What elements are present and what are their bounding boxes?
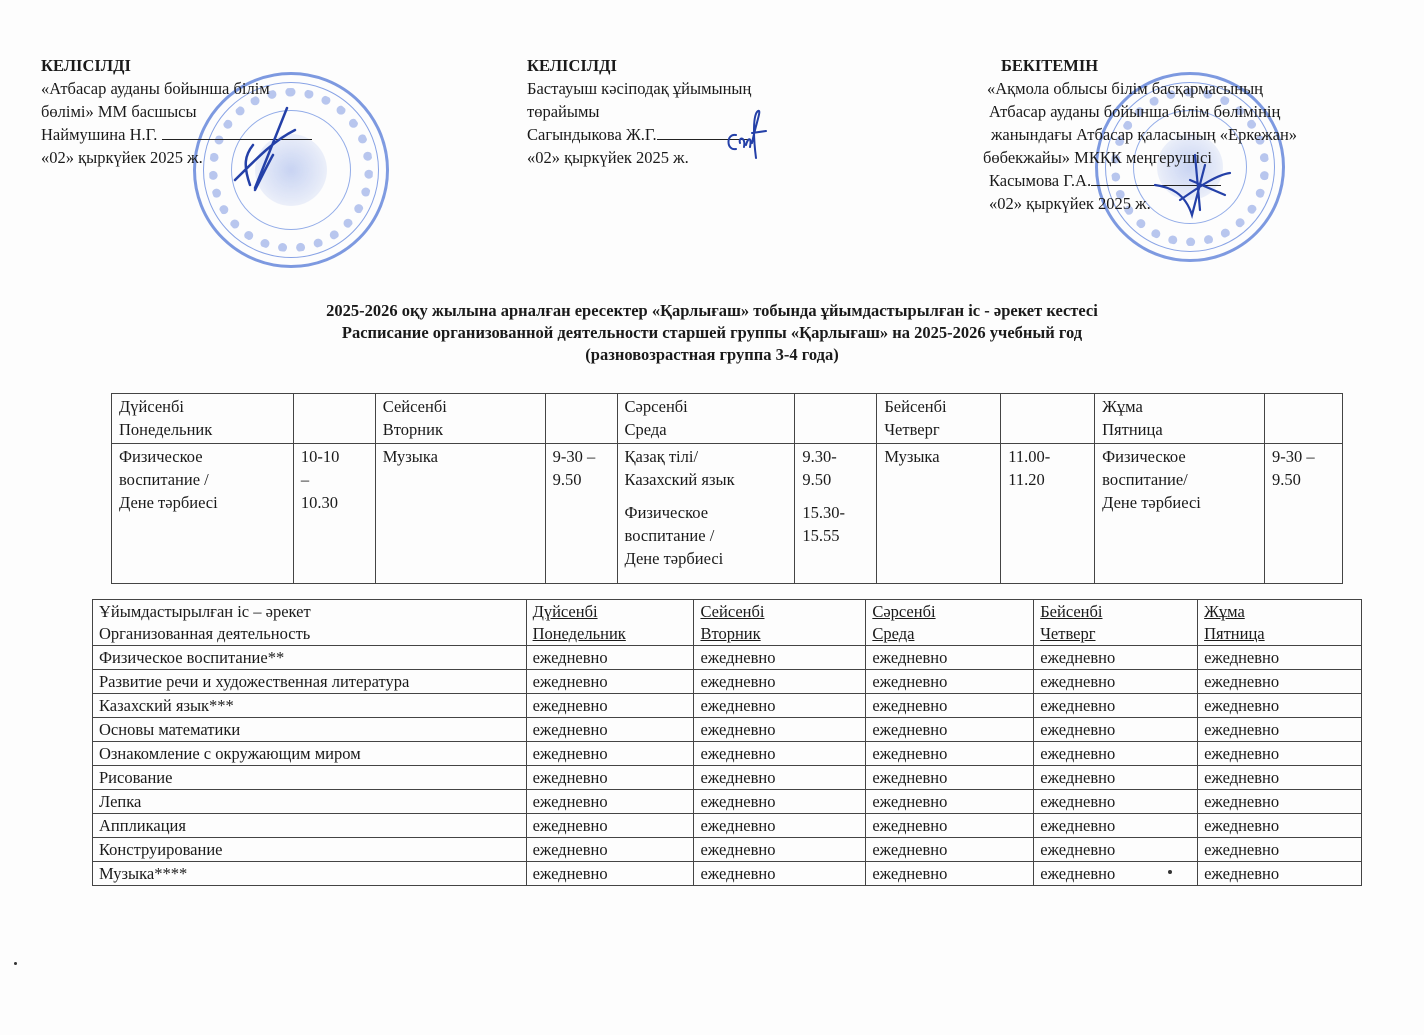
activity-name: Ознакомление с окружающим миром: [93, 742, 527, 766]
activity-cell: Қазақ тілі/Казахский язык Физическоевосп…: [617, 444, 795, 584]
frequency-cell: ежедневно: [694, 766, 866, 790]
signer-line: Сагындыкова Ж.Г.: [527, 123, 751, 146]
time-header: [545, 394, 617, 444]
table-row: Развитие речи и художественная литератур…: [93, 670, 1362, 694]
frequency-cell: ежедневно: [1198, 694, 1362, 718]
weekly-schedule-table: ДүйсенбіПонедельник СейсенбіВторник Сәрс…: [111, 393, 1343, 584]
table-row: Основы математикиежедневноежедневноежедн…: [93, 718, 1362, 742]
day-header: ЖұмаПятница: [1095, 394, 1265, 444]
frequency-cell: ежедневно: [1034, 814, 1198, 838]
activity-frequency-table: Ұйымдастырылған іс – әрекетОрганизованна…: [92, 599, 1362, 886]
activity-cell: Музыка: [877, 444, 1001, 584]
day-column-header: БейсенбіЧетверг: [1034, 600, 1198, 646]
activity-cell: Физическоевоспитание /Дене тәрбиесі: [112, 444, 294, 584]
approval-line: төрайымы: [527, 100, 751, 123]
activity-name: Аппликация: [93, 814, 527, 838]
frequency-cell: ежедневно: [526, 742, 694, 766]
activity-name: Музыка****: [93, 862, 527, 886]
approval-date: «02» қыркүйек 2025 ж.: [527, 146, 751, 169]
approval-heading: БЕКІТЕМІН: [983, 54, 1297, 77]
day-header: СейсенбіВторник: [375, 394, 545, 444]
frequency-cell: ежедневно: [866, 766, 1034, 790]
frequency-cell: ежедневно: [866, 670, 1034, 694]
frequency-cell: ежедневно: [526, 814, 694, 838]
time-header: [293, 394, 375, 444]
frequency-cell: ежедневно: [866, 694, 1034, 718]
frequency-cell: ежедневно: [1198, 862, 1362, 886]
frequency-cell: ежедневно: [1034, 646, 1198, 670]
activity-name: Основы математики: [93, 718, 527, 742]
frequency-cell: ежедневно: [526, 646, 694, 670]
frequency-cell: ежедневно: [866, 862, 1034, 886]
frequency-cell: ежедневно: [526, 838, 694, 862]
frequency-cell: ежедневно: [1034, 694, 1198, 718]
frequency-header-row: Ұйымдастырылған іс – әрекетОрганизованна…: [93, 600, 1362, 646]
frequency-cell: ежедневно: [866, 718, 1034, 742]
scan-speck: [14, 962, 17, 965]
frequency-cell: ежедневно: [1198, 718, 1362, 742]
frequency-cell: ежедневно: [1198, 670, 1362, 694]
day-column-header: ЖұмаПятница: [1198, 600, 1362, 646]
frequency-cell: ежедневно: [866, 790, 1034, 814]
approval-line: «Атбасар ауданы бойынша білім: [41, 77, 312, 100]
scan-speck: [1168, 870, 1172, 874]
frequency-cell: ежедневно: [694, 790, 866, 814]
title-russian: Расписание организованной деятельности с…: [0, 322, 1424, 344]
signer-line: Касымова Г.А.: [983, 169, 1297, 192]
table-row: Рисованиеежедневноежедневноежедневноежед…: [93, 766, 1362, 790]
frequency-cell: ежедневно: [866, 814, 1034, 838]
signature-sagyndykova-icon: [722, 103, 772, 163]
activity-name: Рисование: [93, 766, 527, 790]
frequency-cell: ежедневно: [526, 790, 694, 814]
signer-name: Касымова Г.А.: [989, 171, 1091, 190]
activity-name: Развитие речи и художественная литератур…: [93, 670, 527, 694]
signature-naimushina-icon: [225, 100, 315, 200]
day-column-header: СәрсенбіСреда: [866, 600, 1034, 646]
frequency-cell: ежедневно: [526, 694, 694, 718]
frequency-cell: ежедневно: [1034, 670, 1198, 694]
frequency-cell: ежедневно: [694, 742, 866, 766]
frequency-cell: ежедневно: [1034, 790, 1198, 814]
time-cell: 9-30 –9.50: [545, 444, 617, 584]
frequency-cell: ежедневно: [1034, 742, 1198, 766]
time-cell: 11.00-11.20: [1001, 444, 1095, 584]
approval-line: «Ақмола облысы білім басқармасының: [983, 77, 1297, 100]
approval-block-middle: КЕЛІСІЛДІ Бастауыш кәсіподақ ұйымының тө…: [527, 54, 751, 169]
frequency-cell: ежедневно: [526, 718, 694, 742]
frequency-cell: ежедневно: [694, 718, 866, 742]
activity-cell: Музыка: [375, 444, 545, 584]
day-header: ДүйсенбіПонедельник: [112, 394, 294, 444]
approval-heading: КЕЛІСІЛДІ: [41, 54, 312, 77]
table-row: Казахский язык***ежедневноежедневноежедн…: [93, 694, 1362, 718]
signature-kasymova-icon: [1150, 145, 1235, 225]
time-header: [1001, 394, 1095, 444]
time-header: [1265, 394, 1343, 444]
table-row: Лепкаежедневноежедневноежедневноежедневн…: [93, 790, 1362, 814]
activity-cell: Физическоевоспитание/Дене тәрбиесі: [1095, 444, 1265, 584]
frequency-cell: ежедневно: [694, 694, 866, 718]
approval-line: бөбекжайы» МКҚК меңгерушісі: [983, 146, 1297, 169]
approval-heading: КЕЛІСІЛДІ: [527, 54, 751, 77]
day-column-header: СейсенбіВторник: [694, 600, 866, 646]
approval-block-right: БЕКІТЕМІН «Ақмола облысы білім басқармас…: [983, 54, 1297, 215]
frequency-cell: ежедневно: [1198, 814, 1362, 838]
approval-date: «02» қыркүйек 2025 ж.: [983, 192, 1297, 215]
frequency-cell: ежедневно: [526, 766, 694, 790]
frequency-cell: ежедневно: [1198, 742, 1362, 766]
time-cell: 10-10–10.30: [293, 444, 375, 584]
signer-name: Сагындыкова Ж.Г.: [527, 125, 657, 144]
time-cell: 9-30 –9.50: [1265, 444, 1343, 584]
frequency-cell: ежедневно: [1034, 862, 1198, 886]
activity-name: Лепка: [93, 790, 527, 814]
activity-name: Конструирование: [93, 838, 527, 862]
table-row: Аппликацияежедневноежедневноежедневноеже…: [93, 814, 1362, 838]
activity-column-header: Ұйымдастырылған іс – әрекетОрганизованна…: [93, 600, 527, 646]
frequency-cell: ежедневно: [866, 838, 1034, 862]
day-header: БейсенбіЧетверг: [877, 394, 1001, 444]
frequency-cell: ежедневно: [1034, 718, 1198, 742]
frequency-cell: ежедневно: [866, 646, 1034, 670]
frequency-cell: ежедневно: [694, 814, 866, 838]
document-title: 2025-2026 оқу жылына арналған ересектер …: [0, 300, 1424, 366]
table-row: Конструированиеежедневноежедневноежеднев…: [93, 838, 1362, 862]
approval-line: Атбасар ауданы бойынша білім бөлімінің: [983, 100, 1297, 123]
table-row: Физическое воспитание**ежедневноежедневн…: [93, 646, 1362, 670]
title-kazakh: 2025-2026 оқу жылына арналған ересектер …: [0, 300, 1424, 322]
frequency-cell: ежедневно: [694, 646, 866, 670]
frequency-cell: ежедневно: [694, 838, 866, 862]
frequency-cell: ежедневно: [694, 862, 866, 886]
frequency-cell: ежедневно: [1034, 838, 1198, 862]
frequency-cell: ежедневно: [1198, 838, 1362, 862]
activity-name: Казахский язык***: [93, 694, 527, 718]
frequency-cell: ежедневно: [526, 670, 694, 694]
activity-name: Физическое воспитание**: [93, 646, 527, 670]
day-column-header: ДүйсенбіПонедельник: [526, 600, 694, 646]
frequency-cell: ежедневно: [694, 670, 866, 694]
schedule-header-row: ДүйсенбіПонедельник СейсенбіВторник Сәрс…: [112, 394, 1343, 444]
frequency-cell: ежедневно: [1198, 646, 1362, 670]
frequency-cell: ежедневно: [1198, 766, 1362, 790]
table-row: Ознакомление с окружающим миромежедневно…: [93, 742, 1362, 766]
schedule-activity-row: Физическоевоспитание /Дене тәрбиесі 10-1…: [112, 444, 1343, 584]
frequency-cell: ежедневно: [526, 862, 694, 886]
time-cell: 9.30-9.50 15.30-15.55: [795, 444, 877, 584]
day-header: СәрсенбіСреда: [617, 394, 795, 444]
frequency-cell: ежедневно: [866, 742, 1034, 766]
approval-line: Бастауыш кәсіподақ ұйымының: [527, 77, 751, 100]
frequency-cell: ежедневно: [1198, 790, 1362, 814]
frequency-cell: ежедневно: [1034, 766, 1198, 790]
title-subtitle: (разновозрастная группа 3-4 года): [0, 344, 1424, 366]
signer-name: Наймушина Н.Г.: [41, 125, 157, 144]
time-header: [795, 394, 877, 444]
approval-line: жанындағы Атбасар қаласының «Еркежан»: [983, 123, 1297, 146]
